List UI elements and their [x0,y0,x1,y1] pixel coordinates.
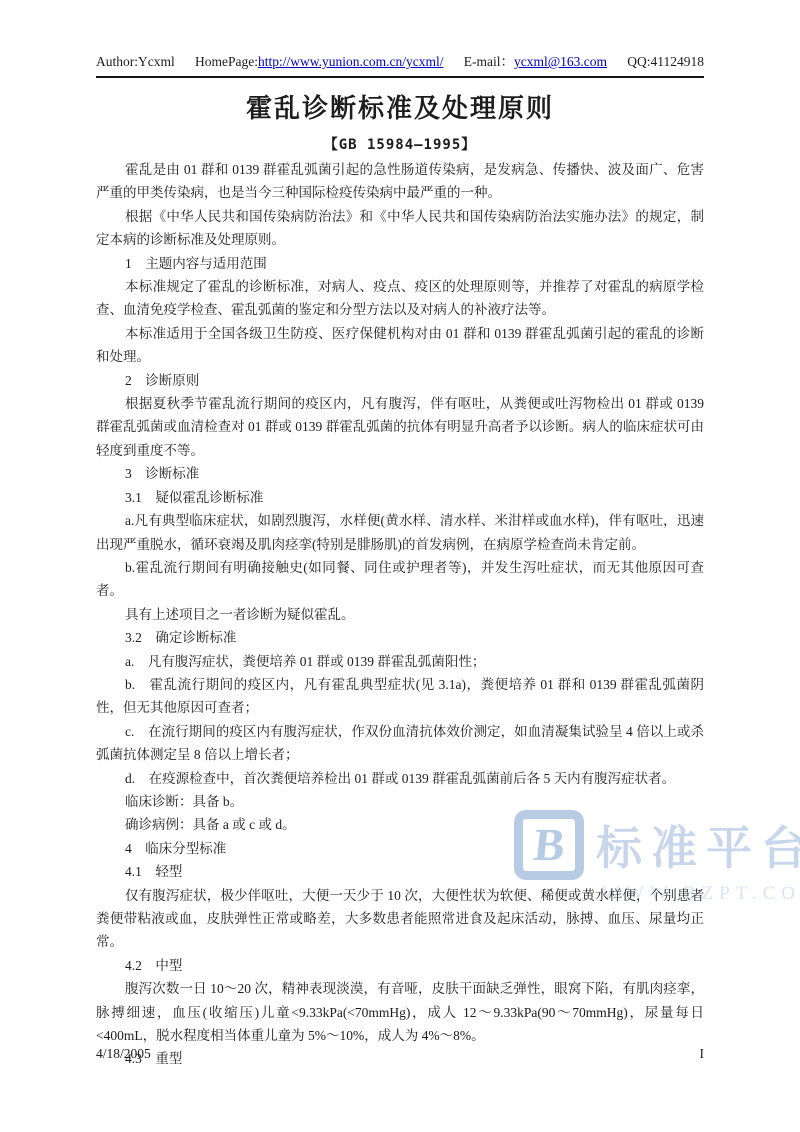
qq-label: QQ:41124918 [627,54,704,70]
body-paragraph: a.凡有典型临床症状，如剧烈腹泻，水样便(黄水样、清水样、米泔样或血水样)，伴有… [96,509,704,556]
footer-page-number: I [700,1046,705,1062]
homepage-link[interactable]: http://www.yunion.com.cn/ycxml/ [258,54,443,69]
standard-number: 【GB 15984—1995】 [0,134,800,154]
body-paragraph: b.霍乱流行期间有明确接触史(如同餐、同住或护理者等)，并发生泻吐症状，而无其他… [96,556,704,603]
body-paragraph: 本标准规定了霍乱的诊断标准，对病人、疫点、疫区的处理原则等，并推荐了对霍乱的病原… [96,275,704,322]
section-heading: 1 主题内容与适用范围 [96,252,704,275]
body-paragraph: 根据《中华人民共和国传染病防治法》和《中华人民共和国传染病防治法实施办法》的规定… [96,205,704,252]
email-label: E-mail： [464,54,514,69]
section-heading: 3.1 疑似霍乱诊断标准 [96,486,704,509]
section-heading: 3.2 确定诊断标准 [96,626,704,649]
email-link[interactable]: ycxml@163.com [514,54,607,69]
section-heading: 3 诊断标准 [96,462,704,485]
author-label: Author:Ycxml [96,54,175,70]
page-header: Author:Ycxml HomePage:http://www.yunion.… [96,50,704,78]
homepage-group: HomePage:http://www.yunion.com.cn/ycxml/ [195,54,443,70]
section-heading: 4 临床分型标准 [96,837,704,860]
document-title: 霍乱诊断标准及处理原则 [0,88,800,125]
footer-date: 4/18/2005 [96,1046,151,1062]
body-paragraph: 具有上述项目之一者诊断为疑似霍乱。 [96,603,704,626]
body-paragraph: 仅有腹泻症状，极少伴呕吐，大便一天少于 10 次，大便性状为软便、稀便或黄水样便… [96,884,704,954]
body-paragraph: a. 凡有腹泻症状，粪便培养 01 群或 0139 群霍乱弧菌阳性； [96,650,704,673]
section-heading: 4.1 轻型 [96,860,704,883]
page-footer: 4/18/2005 I [96,1046,704,1062]
body-paragraph: 霍乱是由 01 群和 0139 群霍乱弧菌引起的急性肠道传染病，是发病急、传播快… [96,158,704,205]
document-page: B 标准平台 WWW.BZPT.COM Author:Ycxml HomePag… [0,0,800,1132]
document-body: 霍乱是由 01 群和 0139 群霍乱弧菌引起的急性肠道传染病，是发病急、传播快… [96,158,704,1071]
body-paragraph: 根据夏秋季节霍乱流行期间的疫区内，凡有腹泻，伴有呕吐，从粪便或吐泻物检出 01 … [96,392,704,462]
email-group: E-mail：ycxml@163.com [464,50,607,70]
body-paragraph: c. 在流行期间的疫区内有腹泻症状，作双份血清抗体效价测定，如血清凝集试验呈 4… [96,720,704,767]
body-paragraph: 本标准适用于全国各级卫生防疫、医疗保健机构对由 01 群和 0139 群霍乱弧菌… [96,322,704,369]
section-heading: 2 诊断原则 [96,369,704,392]
homepage-label: HomePage: [195,54,258,69]
body-paragraph: 临床诊断：具备 b。 [96,790,704,813]
body-paragraph: 确诊病例：具备 a 或 c 或 d。 [96,813,704,836]
body-paragraph: d. 在疫源检查中，首次粪便培养检出 01 群或 0139 群霍乱弧菌前后各 5… [96,767,704,790]
body-paragraph: b. 霍乱流行期间的疫区内，凡有霍乱典型症状(见 3.1a)，粪便培养 01 群… [96,673,704,720]
body-paragraph: 腹泻次数一日 10～20 次，精神表现淡漠，有音哑，皮肤干面缺乏弹性，眼窝下陷，… [96,977,704,1047]
section-heading: 4.2 中型 [96,954,704,977]
